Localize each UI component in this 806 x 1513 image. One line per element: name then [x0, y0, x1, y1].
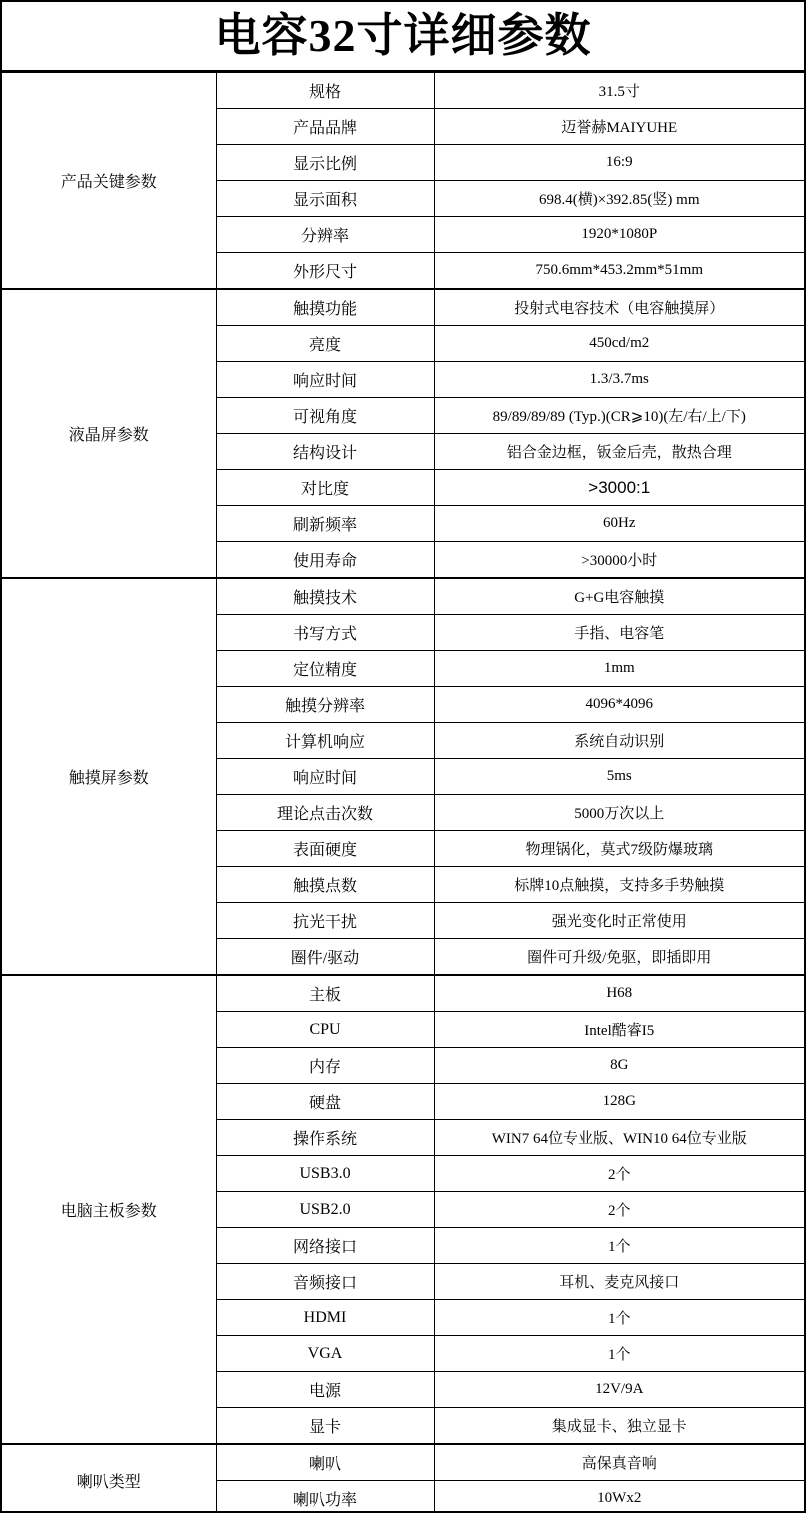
param-name-cell: 操作系统 — [216, 1120, 434, 1156]
param-name-cell: 触摸技术 — [216, 578, 434, 615]
table-row: 触摸屏参数触摸技术G+G电容触摸 — [2, 578, 804, 615]
param-name-cell: 对比度 — [216, 470, 434, 506]
param-name-cell: 定位精度 — [216, 651, 434, 687]
param-name-cell: 产品品牌 — [216, 109, 434, 145]
spec-table: 产品关键参数规格31.5寸产品品牌迈誉赫MAIYUHE显示比例16:9显示面积6… — [2, 73, 804, 1513]
param-name-cell: 亮度 — [216, 326, 434, 362]
param-value-cell: WIN7 64位专业版、WIN10 64位专业版 — [434, 1120, 804, 1156]
param-name-cell: 理论点击次数 — [216, 795, 434, 831]
param-name-cell: 电源 — [216, 1372, 434, 1408]
param-name-cell: 结构设计 — [216, 434, 434, 470]
param-value-cell: 2个 — [434, 1156, 804, 1192]
param-name-cell: 计算机响应 — [216, 723, 434, 759]
param-name-cell: 显示面积 — [216, 181, 434, 217]
page-title-bar: 电容32寸详细参数 — [2, 2, 804, 73]
param-name-cell: 显卡 — [216, 1408, 434, 1445]
param-name-cell: 触摸分辨率 — [216, 687, 434, 723]
param-value-cell: 1mm — [434, 651, 804, 687]
param-value-cell: 698.4(横)×392.85(竖) mm — [434, 181, 804, 217]
param-value-cell: 5000万次以上 — [434, 795, 804, 831]
param-value-cell: 1个 — [434, 1228, 804, 1264]
param-name-cell: 圈件/驱动 — [216, 939, 434, 976]
table-row: 产品关键参数规格31.5寸 — [2, 73, 804, 109]
param-value-cell: 31.5寸 — [434, 73, 804, 109]
param-name-cell: 书写方式 — [216, 615, 434, 651]
param-value-cell: 10Wx2 — [434, 1481, 804, 1513]
param-name-cell: VGA — [216, 1336, 434, 1372]
param-value-cell: 4096*4096 — [434, 687, 804, 723]
param-value-cell: 耳机、麦克风接口 — [434, 1264, 804, 1300]
param-value-cell: 16:9 — [434, 145, 804, 181]
page-title: 电容32寸详细参数 — [215, 13, 592, 59]
param-value-cell: 铝合金边框，钣金后壳，散热合理 — [434, 434, 804, 470]
param-name-cell: 硬盘 — [216, 1084, 434, 1120]
param-value-cell: 1个 — [434, 1300, 804, 1336]
param-value-cell: 手指、电容笔 — [434, 615, 804, 651]
param-name-cell: 外形尺寸 — [216, 253, 434, 290]
param-value-cell: G+G电容触摸 — [434, 578, 804, 615]
param-value-cell: 迈誉赫MAIYUHE — [434, 109, 804, 145]
param-name-cell: USB3.0 — [216, 1156, 434, 1192]
param-value-cell: 8G — [434, 1048, 804, 1084]
param-value-cell: 12V/9A — [434, 1372, 804, 1408]
param-value-cell: 圈件可升级/免驱，即插即用 — [434, 939, 804, 976]
param-name-cell: USB2.0 — [216, 1192, 434, 1228]
param-name-cell: 音频接口 — [216, 1264, 434, 1300]
param-value-cell: 物理锅化，莫式7级防爆玻璃 — [434, 831, 804, 867]
param-value-cell: H68 — [434, 975, 804, 1012]
section-label: 产品关键参数 — [2, 73, 216, 289]
param-value-cell: 集成显卡、独立显卡 — [434, 1408, 804, 1445]
param-name-cell: 喇叭功率 — [216, 1481, 434, 1513]
param-name-cell: 分辨率 — [216, 217, 434, 253]
param-value-cell: 5ms — [434, 759, 804, 795]
table-row: 喇叭类型喇叭高保真音响 — [2, 1444, 804, 1481]
spec-sheet: 电容32寸详细参数 产品关键参数规格31.5寸产品品牌迈誉赫MAIYUHE显示比… — [0, 0, 806, 1513]
param-name-cell: 刷新频率 — [216, 506, 434, 542]
spec-table-body: 产品关键参数规格31.5寸产品品牌迈誉赫MAIYUHE显示比例16:9显示面积6… — [2, 73, 804, 1513]
param-value-cell: 60Hz — [434, 506, 804, 542]
section-label: 触摸屏参数 — [2, 578, 216, 975]
param-name-cell: 内存 — [216, 1048, 434, 1084]
param-value-cell: 128G — [434, 1084, 804, 1120]
param-value-cell: 2个 — [434, 1192, 804, 1228]
param-name-cell: 规格 — [216, 73, 434, 109]
param-value-cell: >3000:1 — [434, 470, 804, 506]
section-label: 液晶屏参数 — [2, 289, 216, 578]
table-row: 电脑主板参数主板H68 — [2, 975, 804, 1012]
param-value-cell: 高保真音响 — [434, 1444, 804, 1481]
param-name-cell: CPU — [216, 1012, 434, 1048]
param-name-cell: HDMI — [216, 1300, 434, 1336]
section-label: 电脑主板参数 — [2, 975, 216, 1444]
param-value-cell: 投射式电容技术（电容触摸屏） — [434, 289, 804, 326]
param-value-cell: 1920*1080P — [434, 217, 804, 253]
param-name-cell: 喇叭 — [216, 1444, 434, 1481]
param-name-cell: 使用寿命 — [216, 542, 434, 579]
param-name-cell: 主板 — [216, 975, 434, 1012]
param-name-cell: 抗光干扰 — [216, 903, 434, 939]
param-value-cell: >30000小时 — [434, 542, 804, 579]
section-label: 喇叭类型 — [2, 1444, 216, 1513]
param-name-cell: 表面硬度 — [216, 831, 434, 867]
table-row: 液晶屏参数触摸功能投射式电容技术（电容触摸屏） — [2, 289, 804, 326]
param-value-cell: 450cd/m2 — [434, 326, 804, 362]
param-value-cell: Intel酷睿I5 — [434, 1012, 804, 1048]
param-value-cell: 89/89/89/89 (Typ.)(CR⩾10)(左/右/上/下) — [434, 398, 804, 434]
param-name-cell: 显示比例 — [216, 145, 434, 181]
param-value-cell: 1.3/3.7ms — [434, 362, 804, 398]
param-name-cell: 响应时间 — [216, 362, 434, 398]
param-name-cell: 网络接口 — [216, 1228, 434, 1264]
param-name-cell: 触摸点数 — [216, 867, 434, 903]
param-name-cell: 触摸功能 — [216, 289, 434, 326]
param-value-cell: 750.6mm*453.2mm*51mm — [434, 253, 804, 290]
param-name-cell: 响应时间 — [216, 759, 434, 795]
param-value-cell: 标牌10点触摸，支持多手势触摸 — [434, 867, 804, 903]
param-value-cell: 1个 — [434, 1336, 804, 1372]
param-value-cell: 系统自动识别 — [434, 723, 804, 759]
param-name-cell: 可视角度 — [216, 398, 434, 434]
param-value-cell: 强光变化时正常使用 — [434, 903, 804, 939]
